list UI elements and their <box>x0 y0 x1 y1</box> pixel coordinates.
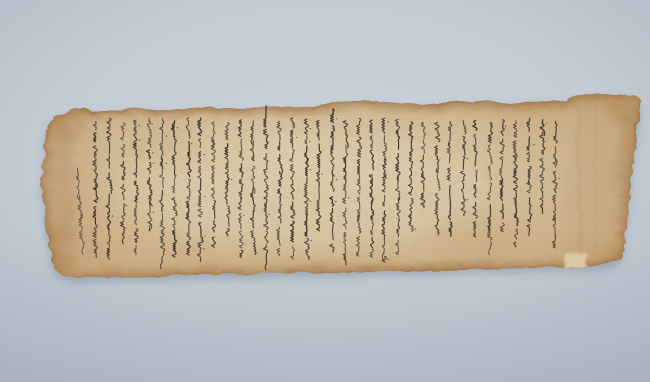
script-dot <box>204 235 205 236</box>
script-dot <box>205 196 206 197</box>
photo-backdrop <box>0 0 650 382</box>
script-dot <box>191 143 192 144</box>
script-dot <box>415 229 416 230</box>
script-dot <box>296 137 297 138</box>
script-dot <box>153 212 154 213</box>
script-dot <box>138 125 139 126</box>
script-dot <box>177 127 178 128</box>
script-dot <box>166 163 167 164</box>
script-dot <box>336 179 337 180</box>
script-dot <box>467 199 468 200</box>
script-dot <box>139 140 140 141</box>
script-dot <box>310 201 311 202</box>
script-dot <box>153 163 154 164</box>
paper-grain <box>35 85 645 290</box>
manuscript-photo <box>0 0 650 382</box>
script-dot <box>243 215 244 216</box>
script-dot <box>310 169 311 170</box>
script-dot <box>309 141 310 142</box>
script-dot <box>152 152 153 153</box>
script-dot <box>151 124 152 125</box>
script-dot <box>505 126 506 127</box>
script-dot <box>335 201 336 202</box>
script-dot <box>112 215 113 216</box>
script-dot <box>387 259 388 260</box>
script-dot <box>388 121 389 122</box>
script-dot <box>546 123 547 124</box>
script-dot <box>204 154 205 155</box>
paper-crease-2 <box>593 104 594 258</box>
script-dot <box>203 248 204 249</box>
script-dot <box>126 205 127 206</box>
script-dot <box>268 213 269 214</box>
script-dot <box>348 197 349 198</box>
script-dot <box>467 158 468 159</box>
script-dot <box>558 178 559 179</box>
script-dot <box>310 128 311 129</box>
script-dot <box>231 179 232 180</box>
script-dot <box>336 118 337 119</box>
script-dot <box>321 174 322 175</box>
script-dot <box>533 144 534 145</box>
script-dot <box>166 135 167 136</box>
paper-sheet <box>35 85 645 290</box>
script-dot <box>310 240 311 241</box>
